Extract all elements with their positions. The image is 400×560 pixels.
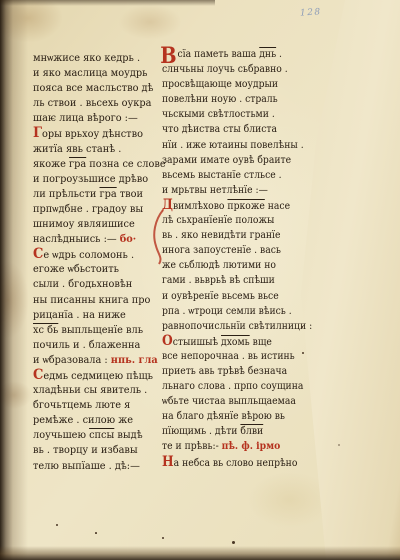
right-column: Всїа паметь ваша днь .слнчьны лоучь сьбр… [162, 47, 301, 470]
manuscript-line: лоучьшею спсы выдѣ [33, 428, 156, 443]
ink-text: едмь седмицею пѣщь [43, 370, 153, 382]
ink-text: нїи . иже ютаины повелѣны . [162, 139, 304, 151]
ink-text: повелѣни ноую . страль [162, 93, 278, 105]
ink-text: рпа . ѡтроци семли вѣись . [162, 305, 292, 317]
ink-text: и погроузьшисе дрѣво [33, 173, 148, 185]
ink-text: рицанїа . на ниже [33, 309, 126, 321]
manuscript-line: Двимлѣхово пркоже насе [162, 198, 301, 213]
ink-text: вь . яко невидѣти гранїе [162, 229, 280, 241]
manuscript-line: ль ствои . вьсехь оукра [33, 96, 156, 111]
ink-text: льнаго слова . прпо соущина [162, 380, 303, 392]
rubric-initial: Н [162, 454, 174, 470]
ink-text: ли прѣльсти [33, 188, 99, 200]
ink-text: пїющимь . дѣти [162, 425, 240, 437]
ink-text: почиль и . блаженна [33, 339, 140, 351]
manuscript-line: зарами имате оувѣ браите [162, 153, 301, 168]
ink-text: шаѥ лица вѣрого :— [33, 112, 138, 124]
manuscript-line: прпѡдбне . градоу вы [33, 202, 156, 217]
manuscript-line: ремѣже . силою же [33, 413, 156, 428]
ink-text: блви [240, 425, 263, 437]
rubric-text: нпь. гла [111, 354, 158, 366]
ink-text: слнчьны лоучь сьбравно . [162, 63, 288, 75]
manuscript-line: Се ѡдрь соломонь . [33, 247, 156, 262]
manuscript-line: вь . яко невидѣти гранїе [162, 228, 301, 243]
manuscript-line: и ѡбразовала : нпь. гла [33, 353, 156, 368]
ink-text: гами . вьврьѣ вѣ спѣши [162, 274, 275, 286]
ink-text: ремѣже . силою же [33, 414, 133, 426]
dirt-speck [338, 444, 340, 446]
manuscript-line: На небса вь слово непрѣно [162, 455, 301, 470]
manuscript-line: ѡбьте чистаа выпльщаемаа [162, 394, 301, 409]
ink-text: чьскыми свѣтлостьми . [162, 108, 275, 120]
ink-text: гра [69, 158, 86, 170]
book-gutter-shadow [0, 0, 30, 560]
ink-text: житїа явь станѣ . [33, 143, 121, 155]
manuscript-line: и оувѣренїе вьсемь вьсе [162, 289, 301, 304]
ink-text: спсы [89, 429, 114, 441]
manuscript-line: Горы врьхоу дѣнство [33, 126, 156, 141]
ink-text: гра [99, 188, 116, 200]
dirt-speck [162, 537, 164, 539]
dirt-speck [302, 352, 304, 354]
ink-text: дхомь [221, 336, 250, 348]
manuscript-line: рпа . ѡтроци семли вѣись . [162, 304, 301, 319]
dirt-speck [56, 524, 58, 526]
manuscript-line: ли прѣльсти гра твои [33, 187, 156, 202]
ink-text: якоже [33, 158, 69, 170]
manuscript-line: вьсемь выстанїе стльсе . [162, 168, 301, 183]
manuscript-line: льнаго слова . прпо соущина [162, 379, 301, 394]
manuscript-line: и погроузьшисе дрѣво [33, 172, 156, 187]
ink-text: и ѡбразовала : [33, 354, 111, 366]
manuscript-line: ны писанны книга про [33, 293, 156, 308]
manuscript-line: вь . творцу и избавы [33, 443, 156, 458]
ink-text: лѣ сьхранїенїе положы [162, 214, 274, 226]
manuscript-line: пояса все масльство дѣ [33, 81, 156, 96]
manuscript-line: мнѡжисе яко кедрь . [33, 51, 156, 66]
manuscript-line: пїющимь . дѣти блви [162, 424, 301, 439]
ink-text: телю выпїаше . дѣ:— [33, 460, 140, 472]
ink-text: зарами имате оувѣ браите [162, 154, 291, 166]
rubric-initial: С [33, 367, 43, 383]
dirt-speck [232, 541, 235, 544]
ink-text: наслѣдныись :— [33, 233, 120, 245]
manuscript-line: шаѥ лица вѣрого :— [33, 111, 156, 126]
ink-text: ль ствои . вьсехь оукра [33, 97, 151, 109]
manuscript-line: лѣ сьхранїенїе положы [162, 213, 301, 228]
ink-text: вьсемь выстанїе стльсе . [162, 169, 282, 181]
ink-text: егоже ѡбьстоить [33, 263, 119, 275]
manuscript-line: житїа явь станѣ . [33, 142, 156, 157]
ink-text: выдѣ [114, 429, 142, 441]
ink-text: ны писанны книга про [33, 294, 150, 306]
manuscript-line: хс бь выпльщенїе вль [33, 323, 156, 338]
dirt-speck [95, 532, 97, 534]
manuscript-line: наслѣдныись :— бо· [33, 232, 156, 247]
manuscript-line: телю выпїаше . дѣ:— [33, 459, 156, 474]
manuscript-line: хладѣньи сы явитель . [33, 383, 156, 398]
rubric-initial: Г [33, 125, 42, 141]
ink-text: и оувѣренїе вьсемь вьсе [162, 290, 279, 302]
ink-text: е ѡдрь соломонь . [43, 249, 134, 261]
ink-text: и мрьтвы нетлѣнїе :— [162, 184, 268, 196]
ink-text: прпѡдбне . градоу вы [33, 203, 143, 215]
manuscript-line: те и прѣвь:- пѣ. ф. ірмо [162, 439, 301, 454]
ink-text: что дѣиства сты блиста [162, 123, 277, 135]
manuscript-line: Седмь седмицею пѣщь [33, 368, 156, 383]
ink-text: те и прѣвь:- [162, 440, 222, 452]
manuscript-line: все непорочнаа . вь истинь [162, 349, 301, 364]
ink-text: вще [250, 336, 272, 348]
left-column: мнѡжисе яко кедрь .и яко маслица моудрьп… [33, 51, 156, 474]
rubric-initial: В [160, 51, 176, 61]
ink-text: . [276, 48, 282, 60]
manuscript-line: повелѣни ноую . страль [162, 92, 301, 107]
ink-text: выпльщенїе вль [58, 324, 143, 336]
manuscript-line: гами . вьврьѣ вѣ спѣши [162, 273, 301, 288]
ink-text: бгочьтцемь люте я [33, 399, 130, 411]
manuscript-line: приеть авь трѣвѣ безнача [162, 364, 301, 379]
ink-text: равнопочисльнїи свѣтилници : [162, 320, 312, 332]
ink-text: ѡбьте чистаа выпльщаемаа [162, 395, 296, 407]
rubric-text: пѣ. ф. ірмо [222, 440, 281, 452]
ink-text: хладѣньи сы явитель . [33, 384, 147, 396]
ink-text: инога запоустенїе . вась [162, 244, 281, 256]
manuscript-line: равнопочисльнїи свѣтилници : [162, 319, 301, 334]
manuscript-line: чьскыми свѣтлостьми . [162, 107, 301, 122]
rubric-text: бо· [120, 233, 136, 245]
manuscript-line: же сьблюдѣ лютими но [162, 258, 301, 273]
rubric-initial: О [162, 333, 173, 349]
manuscript-line: бгочьтцемь люте я [33, 398, 156, 413]
ink-text: вь . творцу и избавы [33, 444, 138, 456]
manuscript-line: просвѣщающе моудрыи [162, 77, 301, 92]
manuscript-line: на благо дѣянїе вѣрою вь [162, 409, 301, 424]
ink-text: хс бь [33, 324, 58, 336]
ink-text: просвѣщающе моудрыи [162, 78, 278, 90]
rubric-initial: С [33, 246, 43, 262]
manuscript-photo: 128 мнѡжисе яко кедрь .и яко маслица моу… [0, 0, 400, 560]
ink-text: лоучьшею [33, 429, 89, 441]
ink-text: насе [265, 200, 290, 212]
ink-text: днь [259, 48, 276, 60]
manuscript-line: егоже ѡбьстоить [33, 262, 156, 277]
photo-bottom-shadow [0, 546, 400, 560]
manuscript-line: нїи . иже ютаины повелѣны . [162, 138, 301, 153]
ink-text: вимлѣхово [173, 200, 227, 212]
manuscript-line: и яко маслица моудрь [33, 66, 156, 81]
folio-number: 128 [300, 7, 322, 18]
manuscript-line: инога запоустенїе . вась [162, 243, 301, 258]
ink-text: пояса все масльство дѣ [33, 82, 153, 94]
ink-text: стыишыѣ [173, 336, 221, 348]
ink-text: все непорочнаа . вь истинь [162, 350, 295, 362]
ink-text: сїа паметь ваша [177, 48, 259, 60]
ink-text: шнимоу являишисе [33, 218, 135, 230]
ink-text: оры врьхоу дѣнство [42, 128, 143, 140]
manuscript-line: сыли . бгодьхновѣн [33, 277, 156, 292]
manuscript-line: почиль и . блаженна [33, 338, 156, 353]
ink-text: пркоже [227, 200, 264, 212]
ink-text: же сьблюдѣ лютими но [162, 259, 276, 271]
manuscript-line: слнчьны лоучь сьбравно . [162, 62, 301, 77]
ink-text: а небса вь слово непрѣно [174, 457, 298, 469]
manuscript-line: Всїа паметь ваша днь . [162, 47, 301, 62]
ink-text: сыли . бгодьхновѣн [33, 278, 132, 290]
ink-text: и яко маслица моудрь [33, 67, 147, 79]
dirt-speck [301, 326, 303, 328]
ink-text: на благо дѣянїе вѣрою вь [162, 410, 285, 422]
manuscript-line: что дѣиства сты блиста [162, 122, 301, 137]
ink-text: приеть авь трѣвѣ безнача [162, 365, 287, 377]
photo-top-shadow [0, 0, 215, 6]
ink-text: мнѡжисе яко кедрь . [33, 52, 140, 64]
manuscript-line: Остыишыѣ дхомь вще [162, 334, 301, 349]
ink-text: твои [117, 188, 143, 200]
manuscript-line: якоже гра позна се слове [33, 157, 156, 172]
manuscript-line: рицанїа . на ниже [33, 308, 156, 323]
ink-text: позна се слове [86, 158, 165, 170]
manuscript-line: шнимоу являишисе [33, 217, 156, 232]
rubric-initial-flourish-icon [150, 208, 166, 268]
manuscript-line: и мрьтвы нетлѣнїе :— [162, 183, 301, 198]
